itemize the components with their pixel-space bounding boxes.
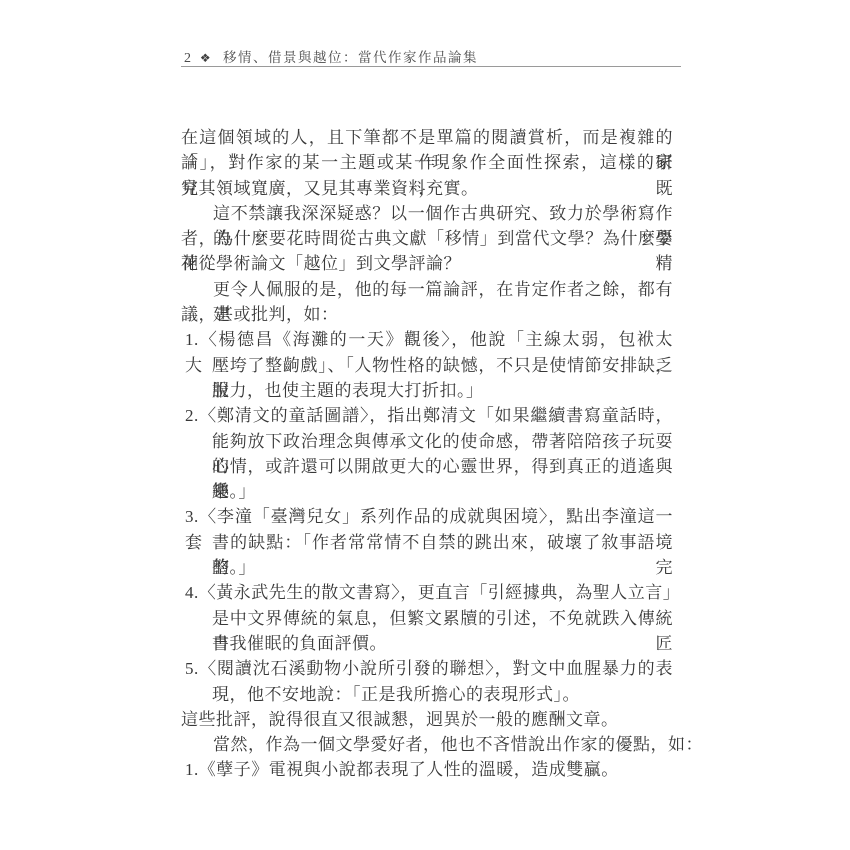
page-number: 2: [184, 51, 191, 66]
text-line: 這不禁讓我深深疑惑？以一個作古典研究、致力於學術寫作的學: [181, 201, 673, 226]
text-line: 議，甚或批判，如：: [181, 302, 673, 327]
text-line: 1.《孽子》電視與小說都表現了人性的溫暖，造成雙贏。: [181, 757, 673, 782]
text-line: 1.〈楊德昌《海灘的一天》觀後〉，他說「主線太弱，包袱太大，: [181, 327, 673, 352]
text-line: 心情，或許還可以開啟更大的心靈世界，得到真正的逍遙與樂: [181, 454, 673, 479]
text-line: 者，為什麼要花時間從古典文獻「移情」到當代文學？為什麼要花精: [181, 226, 673, 251]
text-line: 更令人佩服的是，他的每一篇論評，在肯定作者之餘，都有建: [181, 277, 673, 302]
text-line: 論」，對作家的某一主題或某一現象作全面性探索，這樣的研究，既: [181, 150, 673, 175]
book-page: 2 ❖ 移情、借景與越位：當代作家作品論集 在這個領域的人，且下筆都不是單篇的閱…: [0, 0, 850, 850]
text-line: 5.〈閱讀沈石溪動物小說所引發的聯想〉，對文中血腥暴力的表: [181, 656, 673, 681]
header-rule: [181, 66, 681, 67]
text-line: 服力，也使主題的表現大打折扣。」: [181, 378, 673, 403]
running-header: 2 ❖ 移情、借景與越位：當代作家作品論集: [184, 46, 684, 66]
text-line: 現，他不安地說：「正是我所擔心的表現形式」。: [181, 682, 673, 707]
text-line: 壓垮了整齣戲」、「人物性格的缺憾，不只是使情節安排缺乏說: [181, 353, 673, 378]
running-title: 移情、借景與越位：當代作家作品論集: [223, 50, 478, 65]
text-line: 當然，作為一個文學愛好者，他也不吝惜說出作家的優點，如：: [181, 732, 673, 757]
text-line: 書的缺點：「作者常常情不自禁的跳出來，破壞了敘事語境的完: [181, 530, 673, 555]
text-line: 4.〈黃永武先生的散文書寫〉，更直言「引經據典，為聖人立言」: [181, 580, 673, 605]
text-line: 2.〈鄭清文的童話圖譜〉，指出鄭清文「如果繼續書寫童話時，: [181, 403, 673, 428]
text-line: 是中文界傳統的氣息，但繁文累牘的引述，不免就跌入傳統書匠: [181, 606, 673, 631]
text-line: 能夠放下政治理念與傳承文化的使命感，帶著陪陪孩子玩耍的: [181, 429, 673, 454]
text-line: 這些批評，說得很直又很誠懇，迥異於一般的應酬文章。: [181, 707, 673, 732]
text-line: 在這個領域的人，且下筆都不是單篇的閱讀賞析，而是複雜的「作家: [181, 125, 673, 150]
body-text: 在這個領域的人，且下筆都不是單篇的閱讀賞析，而是複雜的「作家論」，對作家的某一主…: [181, 125, 673, 783]
text-line: 趣。」: [181, 479, 673, 504]
text-line: 3.〈李潼「臺灣兒女」系列作品的成就與困境〉，點出李潼這一套: [181, 504, 673, 529]
florette-icon: ❖: [200, 51, 212, 65]
